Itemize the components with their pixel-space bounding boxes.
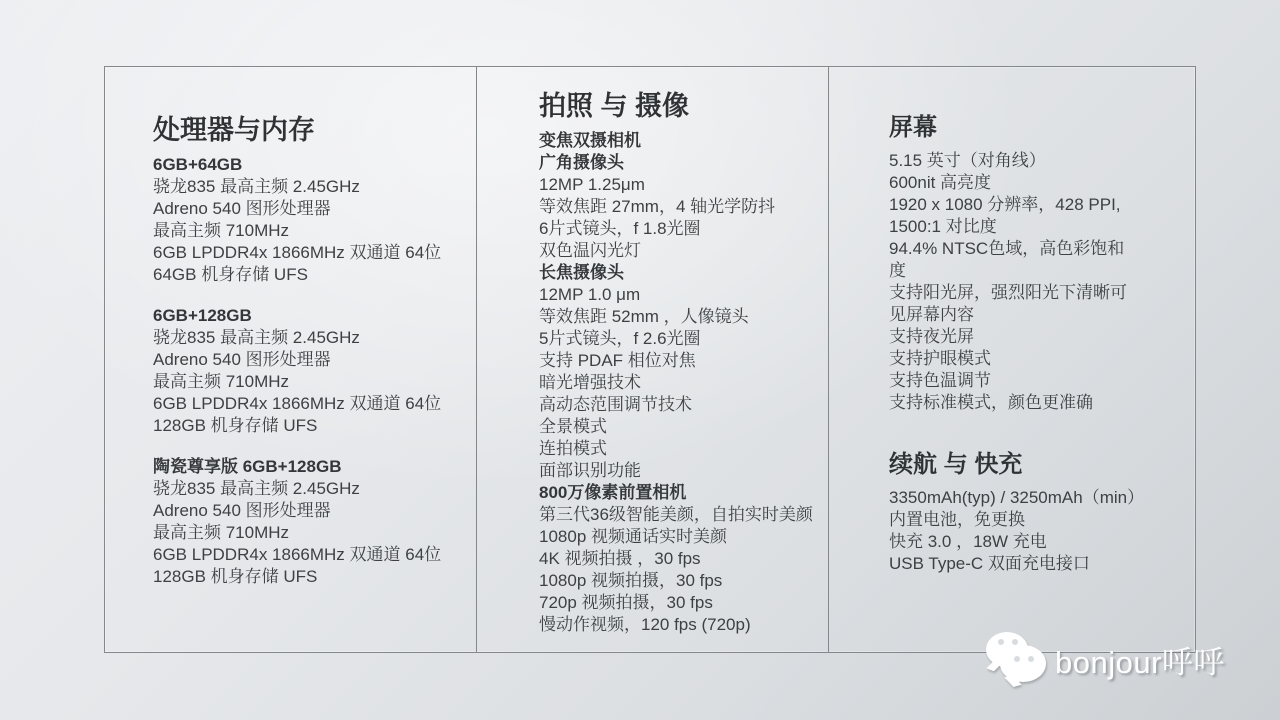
spec-line: 全景模式 <box>539 416 828 438</box>
spec-line: 高动态范围调节技术 <box>539 394 828 416</box>
section-heading: 续航 与 快充 <box>889 450 1195 480</box>
spec-line: 等效焦距 52mm ，人像镜头 <box>539 306 828 328</box>
spec-line: Adreno 540 图形处理器 <box>153 349 476 371</box>
spec-line: 最高主频 710MHz <box>153 522 476 544</box>
section-heading: 屏幕 <box>889 113 1195 143</box>
spec-line: 1080p 视频通话实时美颜 <box>539 526 828 548</box>
spec-line: 3350mAh(typ) / 3250mAh（min） <box>889 487 1195 509</box>
wechat-icon <box>984 632 1046 686</box>
spec-line: 骁龙835 最高主频 2.45GHz <box>153 327 476 349</box>
spec-line: 6GB LPDDR4x 1866MHz 双通道 64位 <box>153 393 476 415</box>
spec-line: 支持 PDAF 相位对焦 <box>539 350 828 372</box>
slide: { "watermark": { "text": "bonjour呼呼", "i… <box>0 0 1280 720</box>
spec-line: 等效焦距 27mm，4 轴光学防抖 <box>539 196 828 218</box>
spec-line: 支持护眼模式 <box>889 348 1195 370</box>
spec-line: 1500:1 对比度 <box>889 216 1195 238</box>
spec-line: 64GB 机身存储 UFS <box>153 264 476 286</box>
spec-line: 见屏幕内容 <box>889 304 1195 326</box>
spec-line: 最高主频 710MHz <box>153 220 476 242</box>
spec-line: 5.15 英寸（对角线） <box>889 150 1195 172</box>
spec-label: 长焦摄像头 <box>539 262 828 284</box>
spec-section: 广角摄像头12MP 1.25μm等效焦距 27mm，4 轴光学防抖6片式镜头，f… <box>539 152 828 262</box>
spec-section: 6GB+64GB骁龙835 最高主频 2.45GHzAdreno 540 图形处… <box>153 154 476 286</box>
spec-line: 128GB 机身存储 UFS <box>153 566 476 588</box>
spec-line: 内置电池，免更换 <box>889 509 1195 531</box>
spec-label: 6GB+128GB <box>153 305 476 327</box>
spec-line: 面部识别功能 <box>539 460 828 482</box>
spec-line: USB Type-C 双面充电接口 <box>889 553 1195 575</box>
spec-line: 支持阳光屏，强烈阳光下清晰可 <box>889 282 1195 304</box>
spec-line: Adreno 540 图形处理器 <box>153 198 476 220</box>
spec-line: 1920 x 1080 分辨率，428 PPI, <box>889 194 1195 216</box>
spec-section: 变焦双摄相机 <box>539 130 828 152</box>
spec-line: 骁龙835 最高主频 2.45GHz <box>153 478 476 500</box>
spec-label: 6GB+64GB <box>153 154 476 176</box>
spec-line: 1080p 视频拍摄，30 fps <box>539 570 828 592</box>
spec-line: 94.4% NTSC色域，高色彩饱和 <box>889 238 1195 260</box>
spec-section: 5.15 英寸（对角线）600nit 高亮度1920 x 1080 分辨率，42… <box>889 150 1195 414</box>
spec-section: 长焦摄像头12MP 1.0 μm等效焦距 52mm ，人像镜头5片式镜头，f 2… <box>539 262 828 482</box>
block-processor-memory-0: 处理器与内存6GB+64GB骁龙835 最高主频 2.45GHzAdreno 5… <box>153 113 476 588</box>
spec-line: 12MP 1.0 μm <box>539 284 828 306</box>
spec-line: 度 <box>889 260 1195 282</box>
spec-line: 慢动作视频，120 fps (720p) <box>539 614 828 636</box>
column-processor-memory: 处理器与内存6GB+64GB骁龙835 最高主频 2.45GHzAdreno 5… <box>105 67 476 652</box>
spec-line: 暗光增强技术 <box>539 372 828 394</box>
spec-label: 800万像素前置相机 <box>539 482 828 504</box>
spec-line: 128GB 机身存储 UFS <box>153 415 476 437</box>
spec-table: 处理器与内存6GB+64GB骁龙835 最高主频 2.45GHzAdreno 5… <box>104 66 1196 653</box>
spec-line: 快充 3.0 ，18W 充电 <box>889 531 1195 553</box>
spec-line: 6GB LPDDR4x 1866MHz 双通道 64位 <box>153 242 476 264</box>
spec-line: 720p 视频拍摄，30 fps <box>539 592 828 614</box>
spec-label: 陶瓷尊享版 6GB+128GB <box>153 456 476 478</box>
spec-section: 3350mAh(typ) / 3250mAh（min）内置电池，免更换快充 3.… <box>889 487 1195 575</box>
spec-section: 陶瓷尊享版 6GB+128GB骁龙835 最高主频 2.45GHzAdreno … <box>153 456 476 588</box>
section-heading: 拍照 与 摄像 <box>539 89 828 123</box>
spec-label: 变焦双摄相机 <box>539 130 828 152</box>
spec-line: 第三代36级智能美颜，自拍实时美颜 <box>539 504 828 526</box>
spec-line: 最高主频 710MHz <box>153 371 476 393</box>
block-display-battery-0: 屏幕5.15 英寸（对角线）600nit 高亮度1920 x 1080 分辨率，… <box>889 113 1195 414</box>
spec-line: 6GB LPDDR4x 1866MHz 双通道 64位 <box>153 544 476 566</box>
spec-line: 4K 视频拍摄 ，30 fps <box>539 548 828 570</box>
spec-label: 广角摄像头 <box>539 152 828 174</box>
block-display-battery-1: 续航 与 快充3350mAh(typ) / 3250mAh（min）内置电池，免… <box>889 450 1195 575</box>
spec-line: 12MP 1.25μm <box>539 174 828 196</box>
spec-section: 800万像素前置相机第三代36级智能美颜，自拍实时美颜1080p 视频通话实时美… <box>539 482 828 636</box>
block-camera-0: 拍照 与 摄像变焦双摄相机广角摄像头12MP 1.25μm等效焦距 27mm，4… <box>539 89 828 636</box>
spec-line: 600nit 高亮度 <box>889 172 1195 194</box>
spec-section: 6GB+128GB骁龙835 最高主频 2.45GHzAdreno 540 图形… <box>153 305 476 437</box>
column-camera: 拍照 与 摄像变焦双摄相机广角摄像头12MP 1.25μm等效焦距 27mm，4… <box>476 67 828 652</box>
spec-line: Adreno 540 图形处理器 <box>153 500 476 522</box>
watermark-text: bonjour呼呼 <box>1055 637 1225 682</box>
spec-line: 支持夜光屏 <box>889 326 1195 348</box>
spec-line: 6片式镜头，f 1.8光圈 <box>539 218 828 240</box>
section-heading: 处理器与内存 <box>153 113 476 147</box>
column-display-battery: 屏幕5.15 英寸（对角线）600nit 高亮度1920 x 1080 分辨率，… <box>828 67 1195 652</box>
spec-line: 支持色温调节 <box>889 370 1195 392</box>
spec-line: 双色温闪光灯 <box>539 240 828 262</box>
spec-line: 连拍模式 <box>539 438 828 460</box>
spec-line: 骁龙835 最高主频 2.45GHz <box>153 176 476 198</box>
watermark: bonjour呼呼 <box>984 632 1225 686</box>
spec-line: 支持标准模式，颜色更准确 <box>889 392 1195 414</box>
spec-line: 5片式镜头，f 2.6光圈 <box>539 328 828 350</box>
